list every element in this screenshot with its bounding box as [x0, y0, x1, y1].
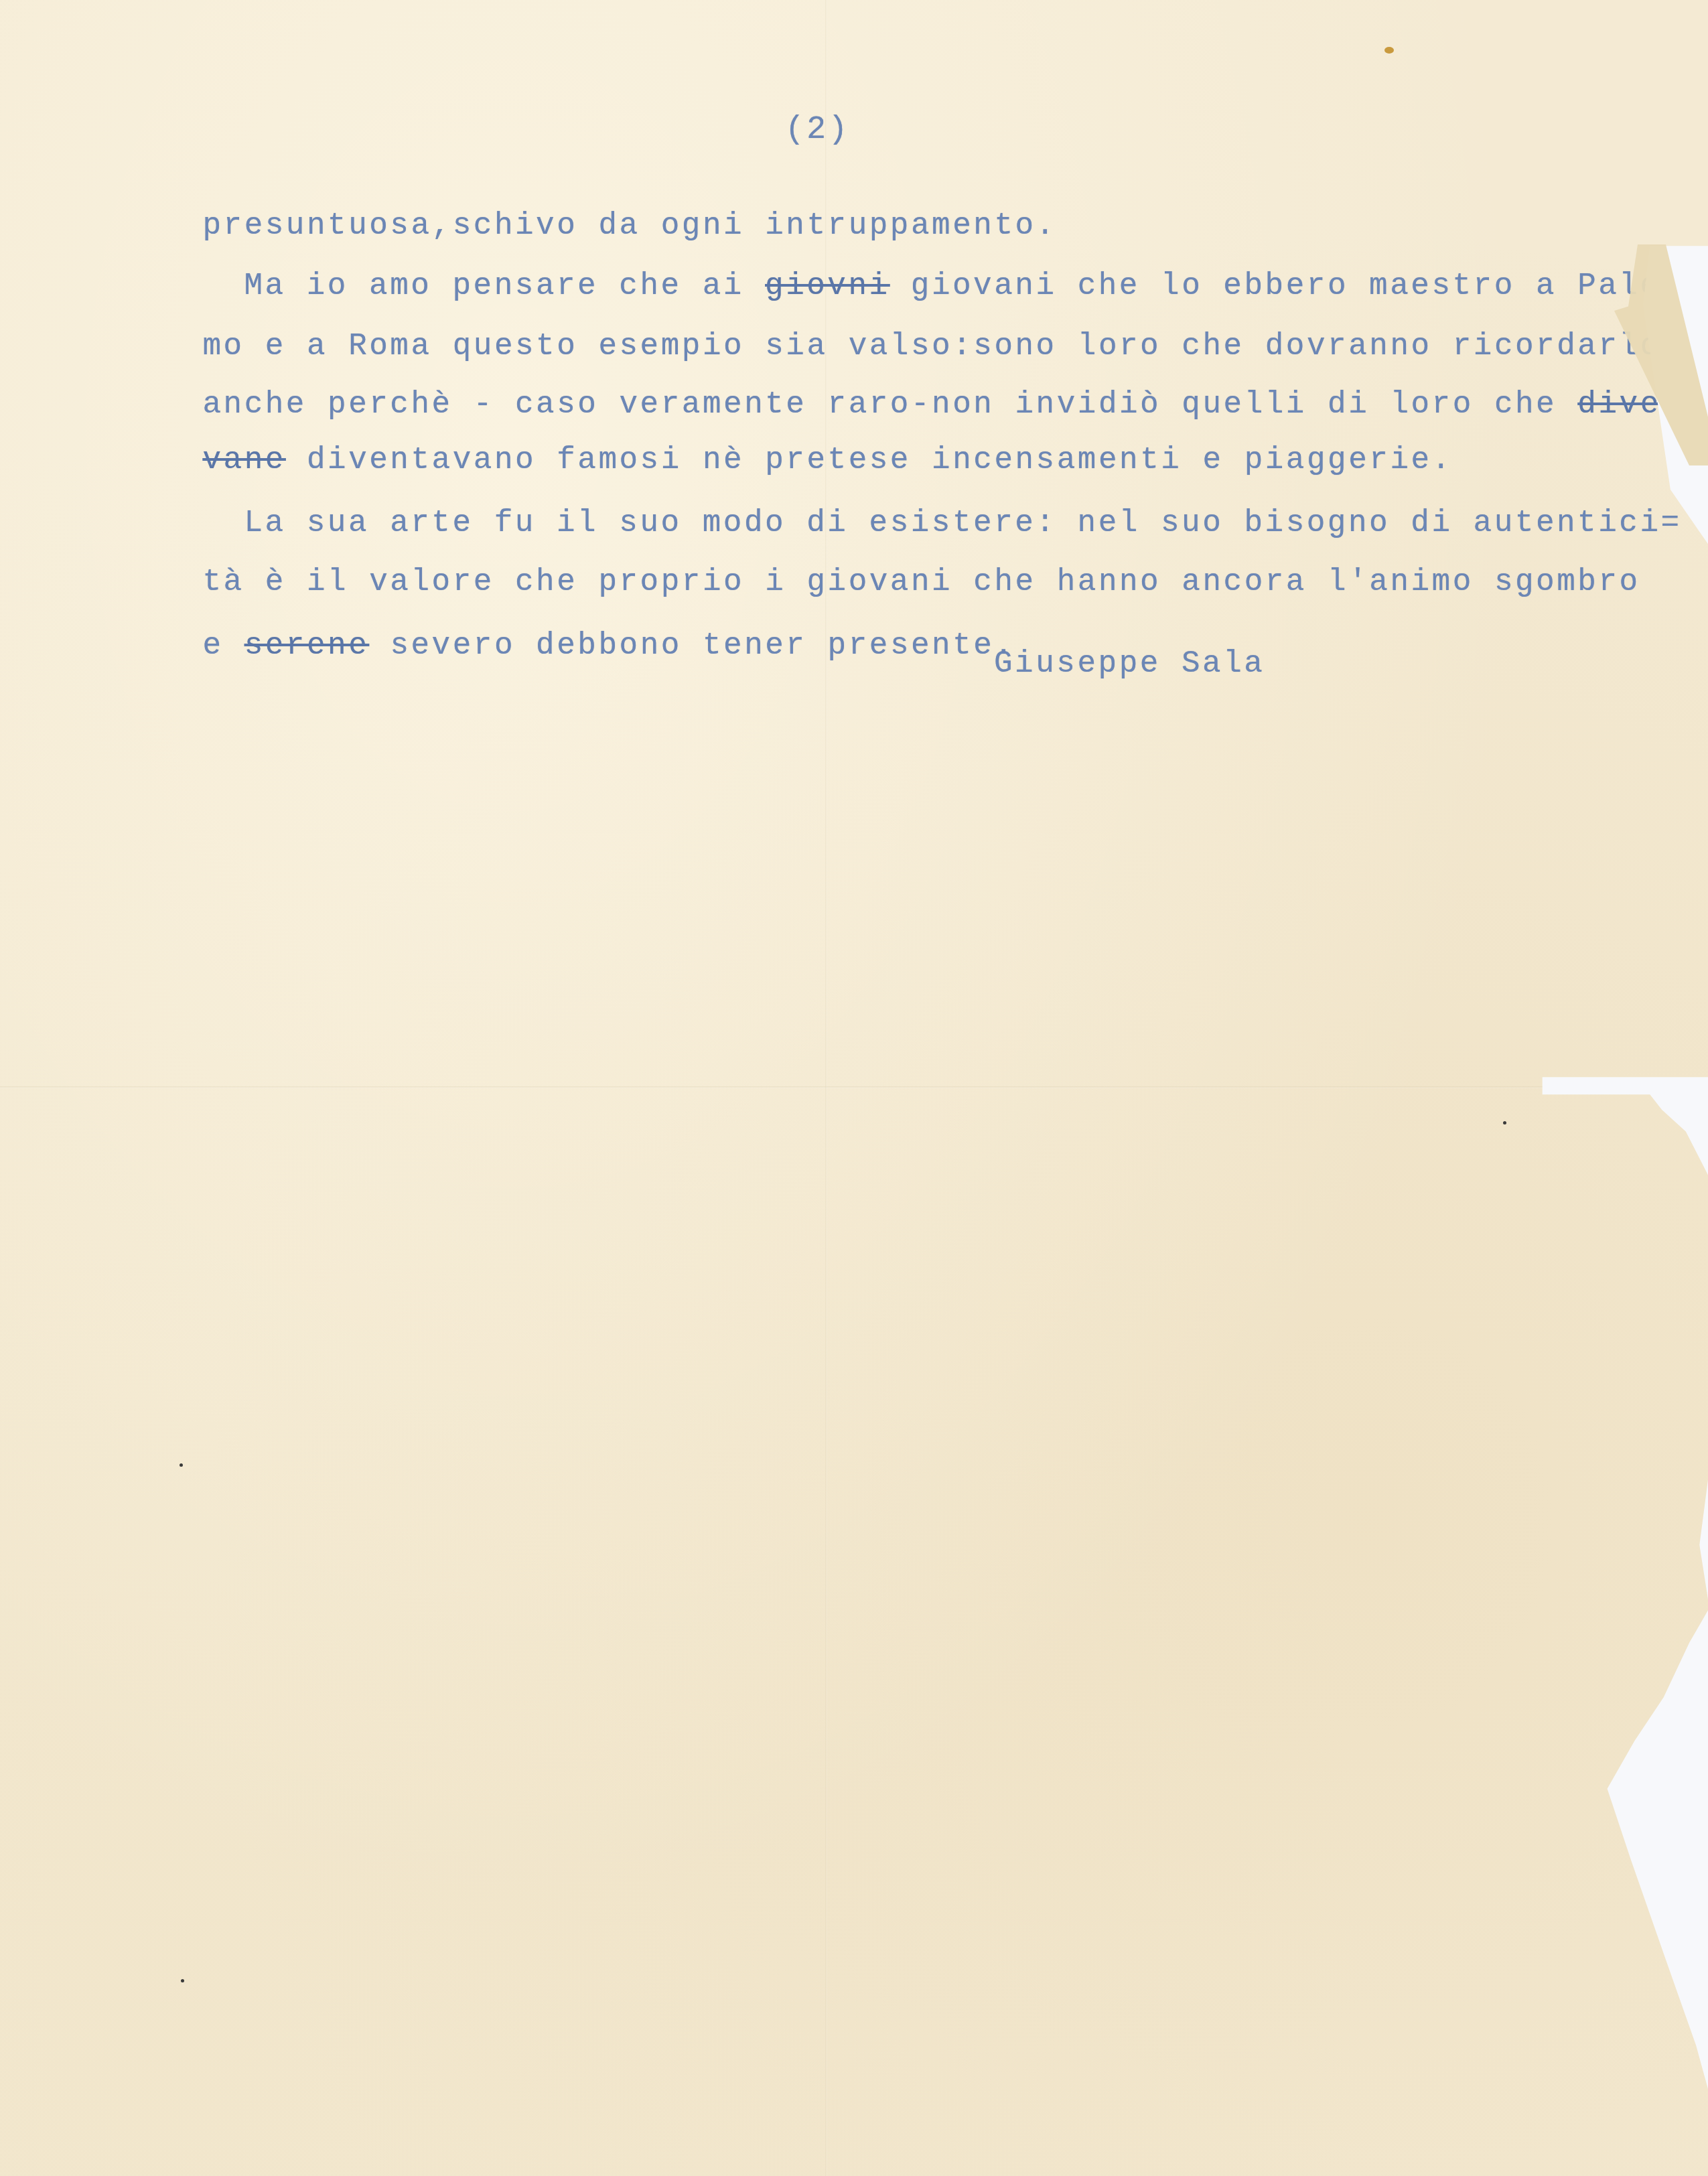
paper-speck — [1503, 1121, 1506, 1125]
paper-speck — [180, 1463, 183, 1467]
page-number: (2) — [785, 114, 850, 146]
paper-speck — [181, 1979, 184, 1982]
line-segment: presuntuosa,schivo da ogni intruppamento… — [202, 208, 1056, 243]
line-segment: diventavano famosi nè pretese incensamen… — [286, 443, 1453, 478]
line-segment: severo debbono tener presente. — [369, 628, 1015, 663]
ink-stain — [1384, 47, 1394, 54]
line-segment: e — [202, 628, 244, 663]
typewritten-page: (2) presuntuosa,schivo da ogni intruppam… — [0, 0, 1708, 2176]
signature: Giuseppe Sala — [994, 648, 1265, 679]
struck-word: giovni — [765, 269, 890, 303]
line-segment: giovani che lo ebbero maestro a Paler= — [890, 269, 1703, 303]
line-segment: Ma io amo pensare che ai — [244, 269, 765, 303]
struck-word: serene — [244, 628, 370, 663]
struck-word: vane — [202, 443, 285, 478]
text-line-8: e serene severo debbono tener presente. — [119, 599, 1015, 692]
line-segment: tà è il valore che proprio i giovani che… — [202, 565, 1640, 599]
horizontal-fold-crease — [0, 1086, 1708, 1088]
